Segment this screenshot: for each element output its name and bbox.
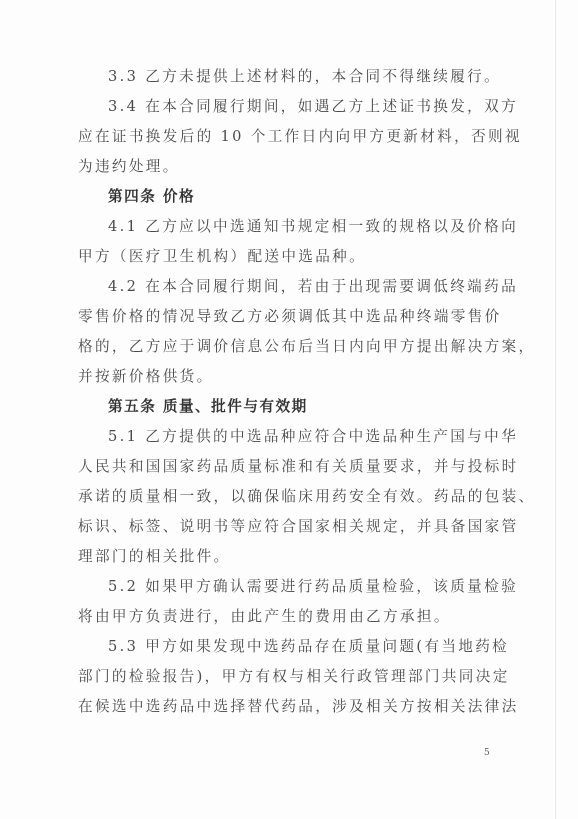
document-body: 3.3 乙方未提供上述材料的，本合同不得继续履行。 3.4 在本合同履行期间，如… xyxy=(78,62,490,722)
text-line: 3.3 乙方未提供上述材料的，本合同不得继续履行。 xyxy=(78,62,490,92)
text-line: 部门的检验报告)，甲方有权与相关行政管理部门共同决定 xyxy=(78,662,490,692)
clause-3-3: 3.3 乙方未提供上述材料的，本合同不得继续履行。 xyxy=(78,62,490,92)
article-5-heading: 第五条 质量、批件与有效期 xyxy=(78,392,490,422)
clause-4-2: 4.2 在本合同履行期间，若由于出现需要调低终端药品 零售价格的情况导致乙方必须… xyxy=(78,272,490,392)
page-number: 5 xyxy=(484,748,490,758)
clause-5-2: 5.2 如果甲方确认需要进行药品质量检验，该质量检验 将由甲方负责进行，由此产生… xyxy=(78,572,490,632)
text-line: 5.3 甲方如果发现中选药品存在质量问题(有当地药检 xyxy=(78,632,490,662)
section-heading: 第五条 质量、批件与有效期 xyxy=(78,392,490,422)
text-line: 格的，乙方应于调价信息公布后当日内向甲方提出解决方案， xyxy=(78,332,490,362)
text-line: 标识、标签、说明书等应符合国家相关规定，并具备国家管 xyxy=(78,512,490,542)
text-line: 为违约处理。 xyxy=(78,152,490,182)
text-line: 5.1 乙方提供的中选品种应符合中选品种生产国与中华 xyxy=(78,422,490,452)
text-line: 甲方（医疗卫生机构）配送中选品种。 xyxy=(78,242,490,272)
text-line: 将由甲方负责进行，由此产生的费用由乙方承担。 xyxy=(78,602,490,632)
text-line: 在候选中选药品中选择替代药品，涉及相关方按相关法律法 xyxy=(78,692,490,722)
text-line: 理部门的相关批件。 xyxy=(78,542,490,572)
text-line: 并按新价格供货。 xyxy=(78,362,490,392)
clause-5-1: 5.1 乙方提供的中选品种应符合中选品种生产国与中华 人民共和国国家药品质量标准… xyxy=(78,422,490,572)
text-line: 3.4 在本合同履行期间，如遇乙方上述证书换发，双方 xyxy=(78,92,490,122)
text-line: 4.2 在本合同履行期间，若由于出现需要调低终端药品 xyxy=(78,272,490,302)
page-edge-divider xyxy=(555,0,556,819)
article-4-heading: 第四条 价格 xyxy=(78,182,490,212)
text-line: 5.2 如果甲方确认需要进行药品质量检验，该质量检验 xyxy=(78,572,490,602)
clause-5-3: 5.3 甲方如果发现中选药品存在质量问题(有当地药检 部门的检验报告)，甲方有权… xyxy=(78,632,490,722)
section-heading: 第四条 价格 xyxy=(78,182,490,212)
clause-3-4: 3.4 在本合同履行期间，如遇乙方上述证书换发，双方 应在证书换发后的 10 个… xyxy=(78,92,490,182)
text-line: 零售价格的情况导致乙方必须调低其中选品种终端零售价 xyxy=(78,302,490,332)
clause-4-1: 4.1 乙方应以中选通知书规定相一致的规格以及价格向 甲方（医疗卫生机构）配送中… xyxy=(78,212,490,272)
text-line: 应在证书换发后的 10 个工作日内向甲方更新材料，否则视 xyxy=(78,122,490,152)
text-line: 承诺的质量相一致，以确保临床用药安全有效。药品的包装、 xyxy=(78,482,490,512)
text-line: 4.1 乙方应以中选通知书规定相一致的规格以及价格向 xyxy=(78,212,490,242)
text-line: 人民共和国国家药品质量标准和有关质量要求，并与投标时 xyxy=(78,452,490,482)
